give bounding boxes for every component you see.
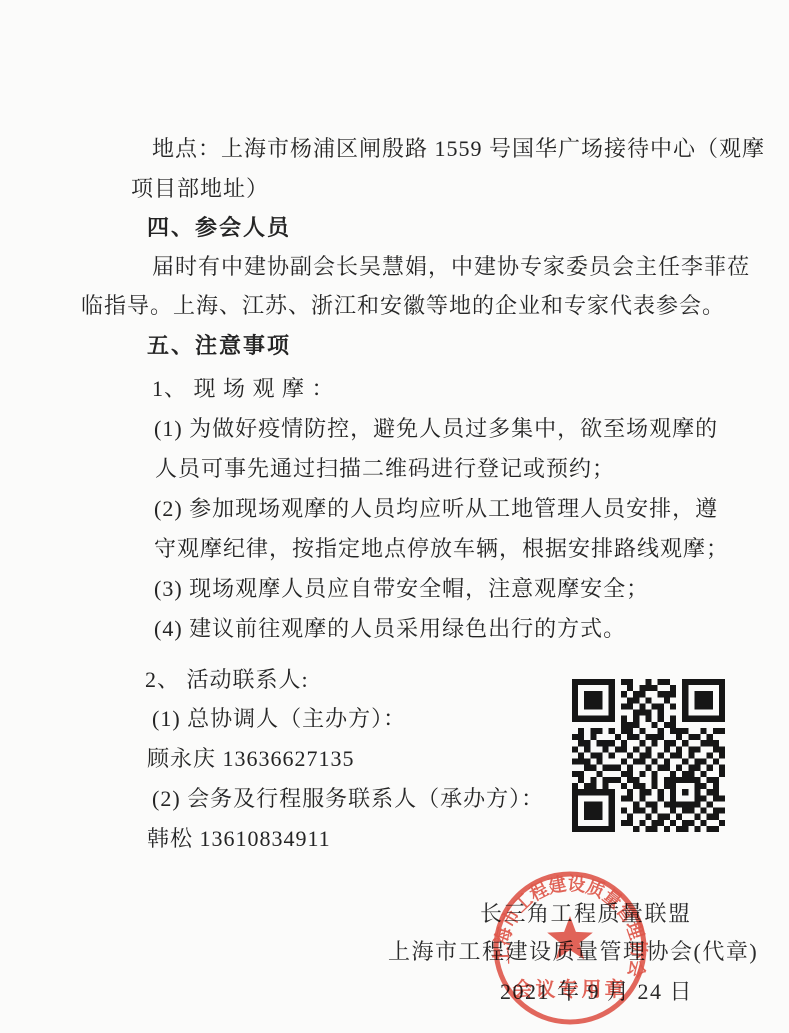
- heading-section4-participants: 四、参会人员: [147, 216, 291, 240]
- document-page: 地点：上海市杨浦区闸殷路 1559 号国华广场接待中心（观摩 项目部地址） 四、…: [0, 0, 789, 1033]
- line-note2a: (2) 参加现场观摩的人员均应听从工地管理人员安排，遵: [154, 497, 718, 521]
- line-location-continued: 项目部地址）: [131, 177, 269, 201]
- seal-ring-text: 上海市工程建设质量管理协会: [490, 872, 650, 980]
- qr-code-wrapper: [570, 679, 727, 832]
- signature-date: 2021 年 9 月 24 日: [500, 980, 693, 1004]
- line-onsite-visit-heading: 1、 现 场 观 摩 ：: [152, 377, 335, 401]
- line-participants-1: 届时有中建协副会长吴慧娟，中建协专家委员会主任李菲莅: [152, 255, 750, 279]
- line-contact1-phone: 顾永庆 13636627135: [147, 747, 355, 771]
- line-contacts-heading: 2、 活动联系人:: [145, 668, 309, 692]
- line-note4: (4) 建议前往观摩的人员采用绿色出行的方式。: [154, 617, 626, 641]
- signature-org-alliance: 长三角工程质量联盟: [480, 902, 692, 926]
- line-note1b: 人员可事先通过扫描二维码进行登记或预约；: [155, 457, 615, 481]
- line-contact2-role: (2) 会务及行程服务联系人（承办方）：: [152, 787, 544, 811]
- line-note1a: (1) 为做好疫情防控，避免人员过多集中，欲至场观摩的: [154, 417, 718, 441]
- line-note3: (3) 现场观摩人员应自带安全帽，注意观摩安全；: [154, 577, 649, 601]
- line-contact1-role: (1) 总协调人（主办方）：: [152, 707, 406, 731]
- svg-text:上海市工程建设质量管理协会: 上海市工程建设质量管理协会: [490, 872, 650, 980]
- line-contact2-phone: 韩松 13610834911: [147, 827, 331, 851]
- line-participants-2: 临指导。上海、江苏、浙江和安徽等地的企业和专家代表参会。: [81, 294, 725, 318]
- signature-org-association: 上海市工程建设质量管理协会(代章): [388, 940, 758, 964]
- line-note2b: 守观摩纪律，按指定地点停放车辆，根据安排路线观摩；: [154, 537, 729, 561]
- heading-section5-notes: 五、注意事项: [147, 334, 291, 358]
- qr-code: [570, 679, 727, 832]
- line-location: 地点：上海市杨浦区闸殷路 1559 号国华广场接待中心（观摩: [152, 137, 765, 161]
